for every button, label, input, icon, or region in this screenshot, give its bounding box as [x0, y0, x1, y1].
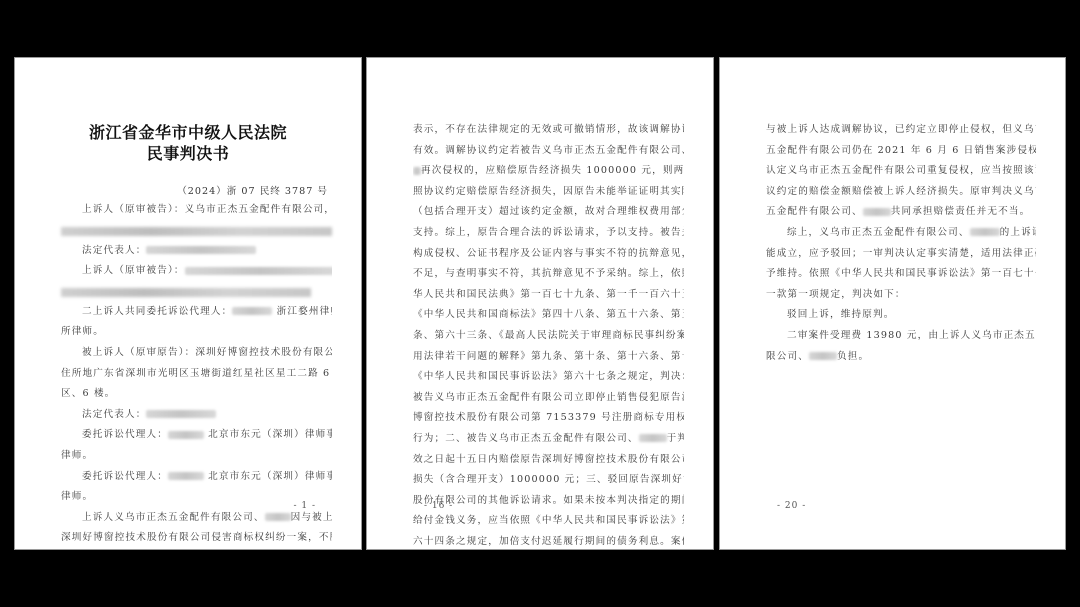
- page-number: - 20 -: [777, 501, 806, 511]
- page-16-body: 表示，不存在法律规定的无效或可撤销情形，故该调解协议合法 有效。调解协议约定若被…: [413, 120, 684, 552]
- page-1-body: 上诉人（原审被告）：义乌市正杰五金配件有限公司， 法定代表人： 上诉人（原审被告…: [61, 200, 332, 549]
- redacted-text: [185, 267, 332, 275]
- redacted-text: [146, 246, 256, 254]
- fee-line: 二审案件受理费 13980 元，由上诉人义乌市正杰五金配件有: [766, 326, 1036, 347]
- agent-line: 委托诉讼代理人： 北京市东元（深圳）律师事务所: [61, 425, 332, 446]
- legal-rep-line: 法定代表人：: [61, 405, 332, 426]
- agent-line: 二上诉人共同委托诉讼代理人： 浙江婺州律师事务: [61, 302, 332, 323]
- page-number: - 16 -: [424, 501, 453, 511]
- redacted-text: [265, 513, 291, 521]
- address-line: 住所地广东省深圳市光明区玉塘街道红星社区星工二路 6 号 1 楼 A: [61, 364, 332, 385]
- redacted-text: [61, 227, 332, 236]
- document-page-1: 浙江省金华市中级人民法院 民事判决书 （2024）浙 07 民终 3787 号 …: [14, 57, 362, 550]
- redacted-text: [639, 434, 667, 442]
- court-name: 浙江省金华市中级人民法院: [14, 120, 362, 143]
- appellee-line: 被上诉人（原审原告）：深圳好博窗控技术股份有限公司，: [61, 343, 332, 364]
- case-summary-line: 上诉人义乌市正杰五金配件有限公司、因与被上诉人: [61, 508, 332, 529]
- document-page-16: 表示，不存在法律规定的无效或可撤销情形，故该调解协议合法 有效。调解协议约定若被…: [366, 57, 714, 550]
- appellant-1-line: 上诉人（原审被告）：义乌市正杰五金配件有限公司，: [61, 200, 332, 221]
- redacted-text: [970, 228, 1000, 236]
- redacted-text: [61, 288, 311, 297]
- redacted-text: [863, 208, 891, 216]
- redacted-text: [232, 307, 272, 315]
- redacted-text: [168, 472, 204, 480]
- verdict-line: 驳回上诉，维持原判。: [766, 305, 1036, 326]
- redacted-text: [168, 431, 204, 439]
- page-20-body: 与被上诉人达成调解协议，已约定立即停止侵权，但义乌市正杰 五金配件有限公司仍在 …: [766, 120, 1036, 367]
- legal-rep-line: 法定代表人：: [61, 241, 332, 262]
- page-number: - 1 -: [293, 501, 316, 511]
- redacted-text: [413, 167, 421, 175]
- redacted-text: [146, 410, 216, 418]
- case-number: （2024）浙 07 民终 3787 号: [177, 183, 328, 197]
- document-page-20: 与被上诉人达成调解协议，已约定立即停止侵权，但义乌市正杰 五金配件有限公司仍在 …: [719, 57, 1066, 550]
- redacted-text: [809, 352, 837, 360]
- appellant-2-line: 上诉人（原审被告）：: [61, 261, 332, 282]
- document-type-title: 民事判决书: [14, 141, 362, 164]
- agent-line: 委托诉讼代理人： 北京市东元（深圳）律师事务所: [61, 467, 332, 488]
